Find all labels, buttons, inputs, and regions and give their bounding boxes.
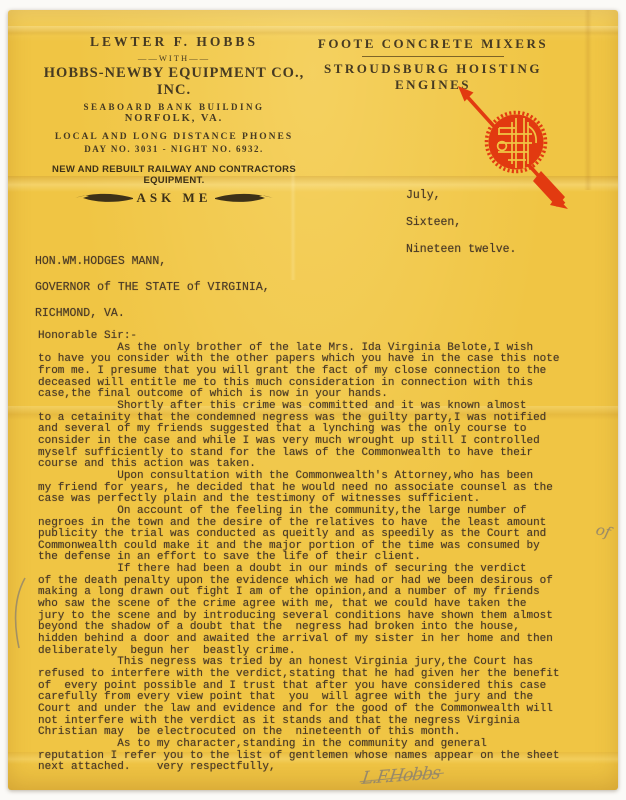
ask-me-banner: ASK ME [38,190,310,206]
flourish-left-icon [75,192,133,204]
letter-body: Honorable Sir:- As the only brother of t… [38,331,560,774]
letterhead-left-block: LEWTER F. HOBBS ——WITH—— HOBBS-NEWBY EQU… [38,34,310,206]
letterhead-phones-line1: LOCAL AND LONG DISTANCE PHONES [38,132,310,142]
ask-me-label: ASK ME [137,190,212,206]
letter-paper: LEWTER F. HOBBS ——WITH—— HOBBS-NEWBY EQU… [8,10,618,790]
scanned-letter-page: LEWTER F. HOBBS ——WITH—— HOBBS-NEWBY EQU… [0,0,626,800]
recipient-address-block: HON.WM.HODGES MANN, GOVERNOR of THE STAT… [35,249,270,327]
letterhead-building: SEABOARD BANK BUILDING [38,102,310,112]
letterhead-with-line: ——WITH—— [38,53,310,63]
pencil-margin-note: of [594,521,613,542]
letterhead-company: HOBBS-NEWBY EQUIPMENT CO., INC. [38,65,310,99]
paper-crease [584,10,592,190]
letterhead-product1: FOOTE CONCRETE MIXERS [288,36,578,52]
date-block: July, Sixteen, Nineteen twelve. [406,182,516,263]
letterhead-name: LEWTER F. HOBBS [38,34,310,50]
letterhead-divider-rule [362,56,504,57]
signature: L.F.Hobbs [361,763,441,789]
pencil-margin-stroke-icon [10,576,30,650]
letterhead-city: NORFOLK, VA. [38,113,310,124]
letterhead-tagline: NEW AND REBUILT RAILWAY AND CONTRACTORS … [38,164,310,186]
flourish-right-icon [215,192,273,204]
letterhead-phones-line2: DAY NO. 3031 - NIGHT NO. 6932. [38,144,310,154]
